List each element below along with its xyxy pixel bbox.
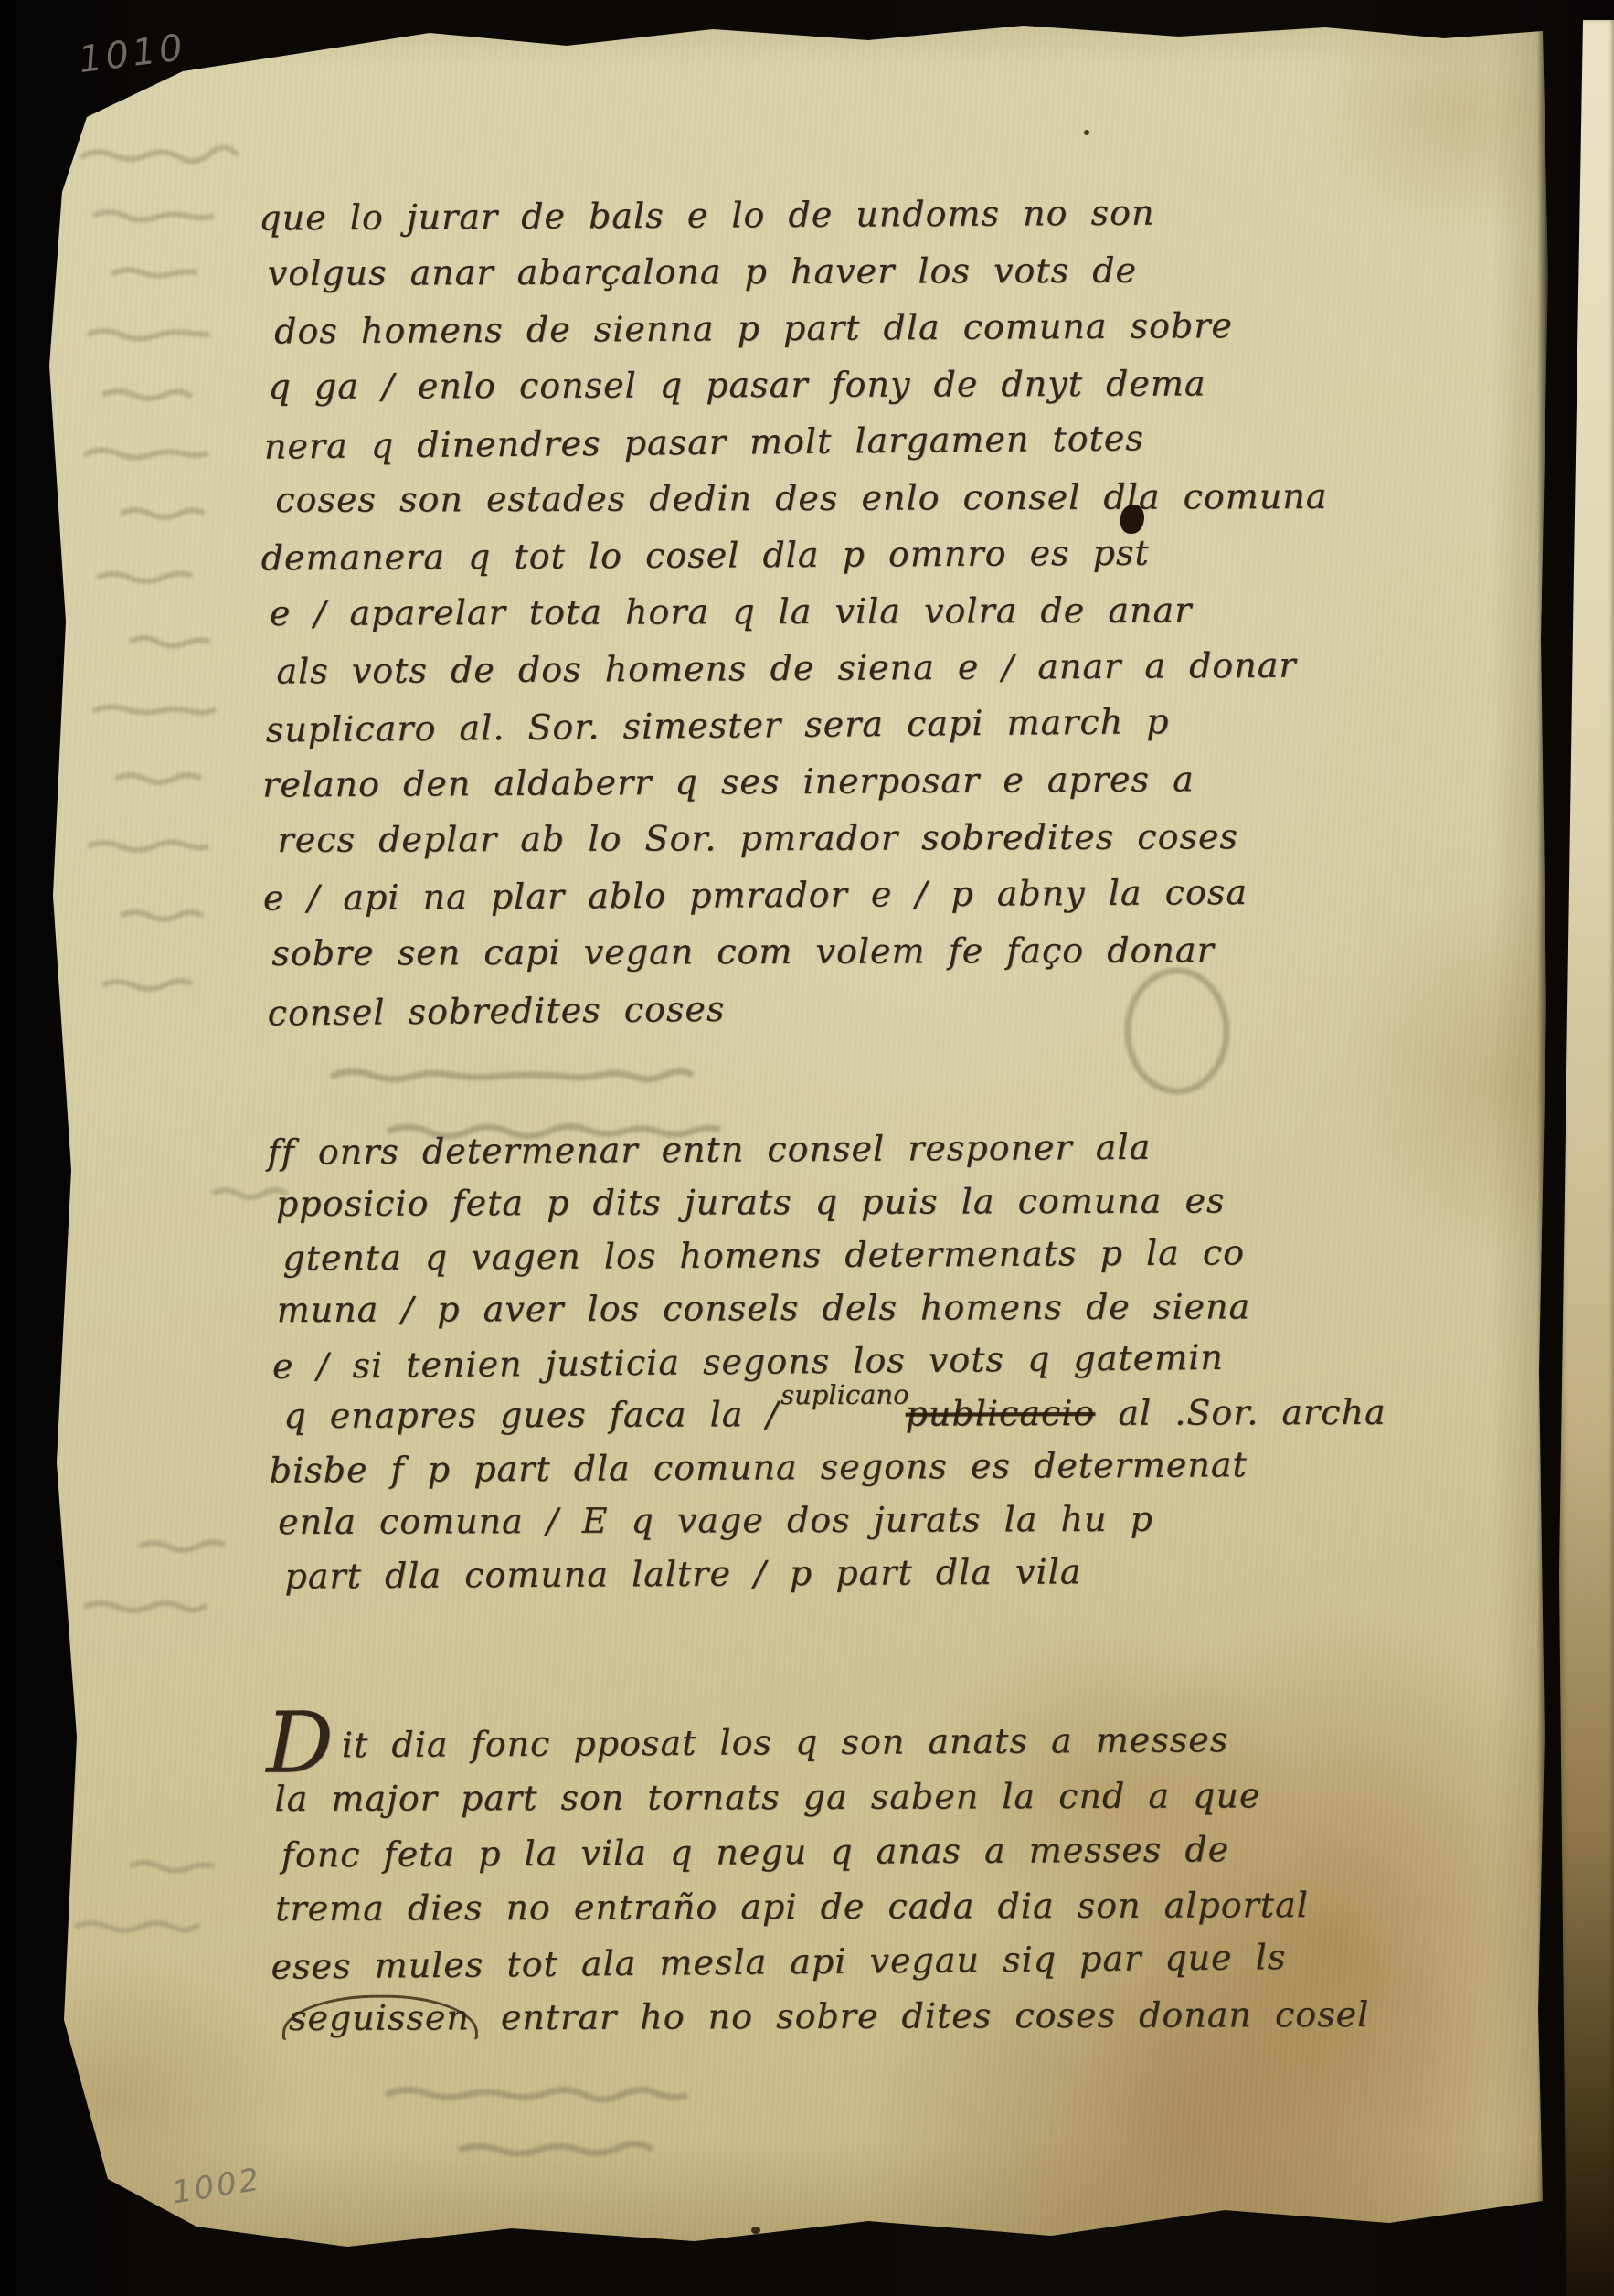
manuscript-line: dos homens de sienna p part dla comuna s… — [274, 298, 1327, 361]
manuscript-line-with-correction: q enapres gues faca la /suplicanopublica… — [283, 1387, 1386, 1444]
circled-word: seguissen — [282, 1994, 478, 2043]
manuscript-line: nera q dinendres pasar molt largamen tot… — [264, 409, 1328, 476]
photographed-manuscript: 1010 1002 que lo jurar de bals e lo de u… — [0, 0, 1614, 2296]
manuscript-line: suplicaro al. Sor. simester sera capi ma… — [265, 693, 1329, 760]
manuscript-line: recs deplar ab lo Sor. pmrador sobredite… — [277, 810, 1329, 870]
manuscript-line: pposicio feta p dits jurats q puis la co… — [276, 1175, 1385, 1232]
manuscript-line: e / api na plar ablo pmrador e / p abny … — [263, 865, 1331, 928]
edit-line-post: al .Sor. archa — [1095, 1392, 1386, 1433]
paragraph-2: ff onrs determenar entn consel responer … — [267, 1121, 1386, 1604]
manuscript-line: la major part son tornats ga saben la cn… — [274, 1770, 1368, 1828]
manuscript-line: bisbe f p part dla comuna segons es dete… — [270, 1439, 1387, 1498]
manuscript-line: q ga / enlo consel q pasar fony de dnyt … — [268, 356, 1326, 417]
paper-speck — [751, 2227, 760, 2234]
struck-through-word: publicacio — [905, 1393, 1095, 1434]
manuscript-line: als vots de dos homens de siena e / anar… — [276, 638, 1329, 701]
manuscript-line: enla comuna / E q vage dos jurats la hu … — [278, 1493, 1386, 1550]
manuscript-line: relano den aldaberr q ses inerposar e ap… — [262, 751, 1330, 814]
manuscript-line: demanera q tot lo cosel dla p omnro es p… — [260, 525, 1328, 588]
manuscript-line: ff onrs determenar entn consel responer … — [267, 1121, 1385, 1180]
first-line-text: it dia fonc pposat los q son anats a mes… — [342, 1719, 1229, 1765]
manuscript-line: muna / p aver los consels dels homens de… — [277, 1281, 1386, 1338]
gutter-crease — [1537, 0, 1566, 2296]
manuscript-line: consel sobredites coses — [267, 976, 1331, 1043]
manuscript-line: trema dies no entraño api de cada dia so… — [275, 1879, 1369, 1938]
manuscript-line-last: seguissen entrar ho no sobre dites coses… — [282, 1989, 1370, 2047]
manuscript-line: part dla comuna laltre / p part dla vila — [284, 1545, 1387, 1604]
paper-speck — [1084, 130, 1089, 135]
manuscript-line: coses son estades dedin des enlo consel … — [275, 470, 1327, 530]
manuscript-line: gtenta q vagen los homens determenats p … — [282, 1227, 1386, 1286]
interlinear-inserted-word: suplicano — [780, 1379, 908, 1410]
manuscript-line: eses mules tot ala mesla api vegau siq p… — [271, 1930, 1369, 1996]
manuscript-line: volgus anar abarçalona p haver los vots … — [268, 243, 1326, 303]
manuscript-line: sobre sen capi vegan com volem fe faço d… — [271, 923, 1330, 983]
manuscript-line: e / aparelar tota hora q la vila volra d… — [270, 583, 1328, 643]
paragraph-1: que lo jurar de bals e lo de undoms no s… — [259, 185, 1331, 1041]
manuscript-line: que lo jurar de bals e lo de undoms no s… — [259, 185, 1326, 248]
last-line-text: entrar ho no sobre dites coses donan cos… — [478, 1994, 1370, 2037]
manuscript-line: fonc feta p la vila q negu q anas a mess… — [281, 1823, 1369, 1884]
edit-line-pre: q enapres gues faca la / — [283, 1394, 779, 1436]
manuscript-line-first: Dit dia fonc pposat los q son anats a me… — [266, 1713, 1368, 1774]
paragraph-3: Dit dia fonc pposat los q son anats a me… — [266, 1713, 1370, 2048]
